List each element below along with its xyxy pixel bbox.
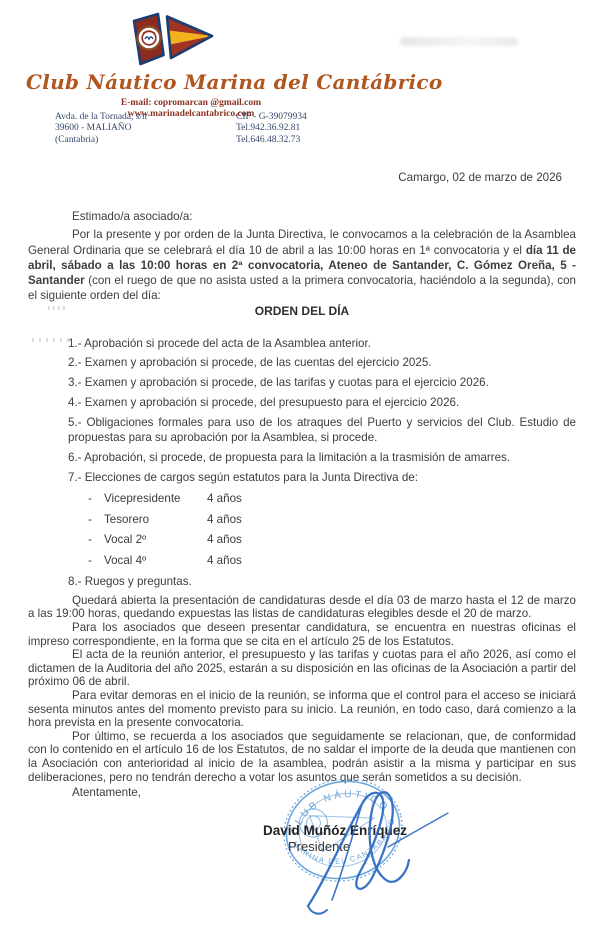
agenda-list: 1.- Aprobación si procede del acta de la… xyxy=(28,336,576,590)
paragraph-acceso: Para evitar demoras en el inicio de la r… xyxy=(28,689,576,730)
phone-line: Tel.646.48.32.73 xyxy=(236,135,307,146)
agenda-item-5: 5.- Obligaciones formales para uso de lo… xyxy=(68,415,576,445)
agenda-item-3: 3.- Examen y aprobación si procede, de l… xyxy=(68,375,576,390)
intro-text: Por la presente y por orden de la Junta … xyxy=(28,228,576,256)
salutation: Estimado/a asociado/a: xyxy=(28,209,576,224)
position-term: 4 años xyxy=(207,512,242,527)
position-row: - Vocal 2º 4 años xyxy=(88,532,576,547)
agenda-item-8: 8.- Ruegos y preguntas. xyxy=(68,574,576,589)
letter-body: Camargo, 02 de marzo de 2026 Estimado/a … xyxy=(28,165,576,800)
signature-scribble xyxy=(280,770,580,927)
position-term: 4 años xyxy=(207,491,242,506)
agenda-item-4: 4.- Examen y aprobación si procede, del … xyxy=(68,395,576,410)
position-term: 4 años xyxy=(207,532,242,547)
club-address: Avda. de la Tornada, s/n 39600 - MALIAÑO… xyxy=(55,112,147,146)
position-label: Vocal 2º xyxy=(104,532,207,547)
paragraph-documentacion: El acta de la reunión anterior, el presu… xyxy=(28,648,576,689)
agenda-item-6: 6.- Aprobación, si procede, de propuesta… xyxy=(68,450,576,465)
bullet-dash: - xyxy=(88,553,104,568)
bullet-dash: - xyxy=(88,532,104,547)
club-fiscal-info: CIF - G-39079934 Tel.942.36.92.81 Tel.64… xyxy=(236,112,307,146)
address-line: Avda. de la Tornada, s/n xyxy=(55,112,147,123)
club-email: E-mail: copromarcan @gmail.com xyxy=(26,98,356,109)
club-name: Club Náutico Marina del Cantábrico xyxy=(26,70,356,94)
positions-list: - Vicepresidente 4 años - Tesorero 4 año… xyxy=(88,491,576,569)
address-line: 39600 - MALIAÑO xyxy=(55,123,147,134)
position-label: Vocal 4º xyxy=(104,553,207,568)
intro-text: (con el ruego de que no asista usted a l… xyxy=(28,274,576,302)
position-row: - Vocal 4º 4 años xyxy=(88,553,576,568)
club-burgee-logo xyxy=(128,12,218,74)
agenda-item-2: 2.- Examen y aprobación si procede, de l… xyxy=(68,355,576,370)
dateline: Camargo, 02 de marzo de 2026 xyxy=(28,170,562,185)
position-label: Tesorero xyxy=(104,512,207,527)
redaction-smudge xyxy=(400,37,518,46)
cif-line: CIF - G-39079934 xyxy=(236,112,307,123)
paragraph-candidaturas: Quedará abierta la presentación de candi… xyxy=(28,594,576,621)
bullet-dash: - xyxy=(88,491,104,506)
position-row: - Vicepresidente 4 años xyxy=(88,491,576,506)
bullet-dash: - xyxy=(88,512,104,527)
intro-paragraph: Por la presente y por orden de la Junta … xyxy=(28,227,576,303)
phone-line: Tel.942.36.92.81 xyxy=(236,123,307,134)
agenda-item-1: 1.- Aprobación si procede del acta de la… xyxy=(68,336,576,351)
position-row: - Tesorero 4 años xyxy=(88,512,576,527)
position-label: Vicepresidente xyxy=(104,491,207,506)
agenda-item-7: 7.- Elecciones de cargos según estatutos… xyxy=(68,470,576,485)
position-term: 4 años xyxy=(207,553,242,568)
agenda-title: ORDEN DEL DÍA xyxy=(28,304,576,319)
address-line: (Cantabria) xyxy=(55,135,147,146)
paragraph-impreso: Para los asociados que deseen presentar … xyxy=(28,621,576,648)
letter-page: Club Náutico Marina del Cantábrico E-mai… xyxy=(0,0,604,927)
